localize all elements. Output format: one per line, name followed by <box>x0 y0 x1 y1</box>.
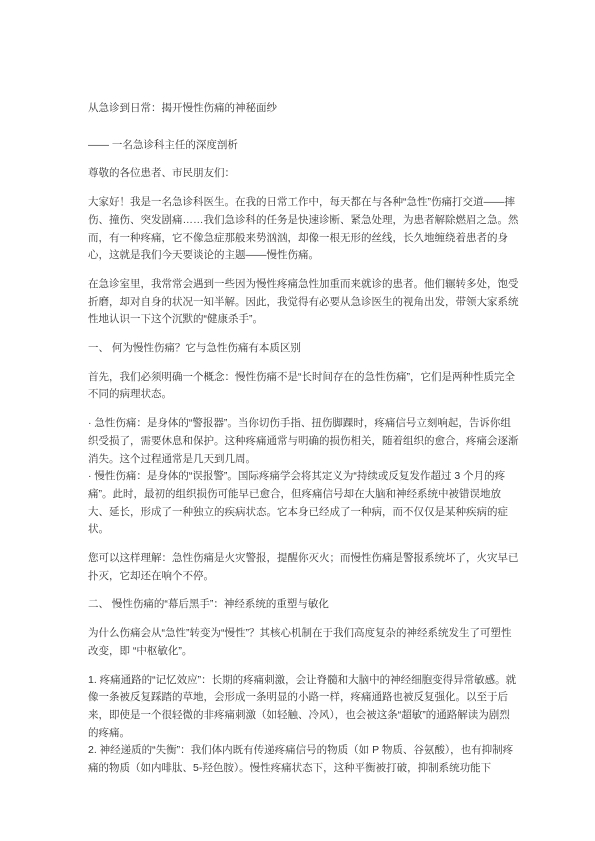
document-page: 从急诊到日常：揭开慢性伤痛的神秘面纱 —— 一名急诊科主任的深度剖析 尊敬的各位… <box>0 0 595 841</box>
document-content: 从急诊到日常：揭开慢性伤痛的神秘面纱 —— 一名急诊科主任的深度剖析 尊敬的各位… <box>88 100 519 778</box>
bullet-item-acute-pain: · 急性伤痛：是身体的“警报器”。当你切伤手指、扭伤脚踝时，疼痛信号立刻响起，告… <box>88 415 519 468</box>
numbered-item-neurotransmitter-imbalance: 2. 神经递质的“失衡”：我们体内既有传递疼痛信号的物质（如 P 物质、谷氨酸）… <box>88 742 519 777</box>
intro-paragraph-1: 大家好！我是一名急诊科医生。在我的日常工作中，每天都在与各种“急性”伤痛打交道—… <box>88 194 519 265</box>
document-subtitle: —— 一名急诊科主任的深度剖析 <box>88 137 519 155</box>
section-1-heading: 一、 何为慢性伤痛？它与急性伤痛有本质区别 <box>88 340 519 358</box>
section-1-lead-paragraph: 首先，我们必须明确一个概念：慢性伤痛不是“长时间存在的急性伤痛”，它们是两种性质… <box>88 369 519 404</box>
section-2-lead-paragraph: 为什么伤痛会从“急性”转变为“慢性”？其核心机制在于我们高度复杂的神经系统发生了… <box>88 625 519 660</box>
intro-paragraph-2: 在急诊室里，我常常会遇到一些因为慢性疼痛急性加重而来就诊的患者。他们辗转多处，饱… <box>88 276 519 329</box>
analogy-paragraph: 您可以这样理解：急性伤痛是火灾警报，提醒你灭火；而慢性伤痛是警报系统坏了，火灾早… <box>88 550 519 585</box>
salutation: 尊敬的各位患者、市民朋友们： <box>88 165 519 183</box>
bullet-item-chronic-pain: · 慢性伤痛：是身体的“误报警”。国际疼痛学会将其定义为“持续或反复发作超过 3… <box>88 468 519 539</box>
numbered-item-pain-pathway-memory: 1. 疼痛通路的“记忆效应”：长期的疼痛刺激，会让脊髓和大脑中的神经细胞变得异常… <box>88 672 519 743</box>
document-title: 从急诊到日常：揭开慢性伤痛的神秘面纱 <box>88 100 519 118</box>
section-2-heading: 二、 慢性伤痛的“幕后黑手”：神经系统的重塑与敏化 <box>88 596 519 614</box>
